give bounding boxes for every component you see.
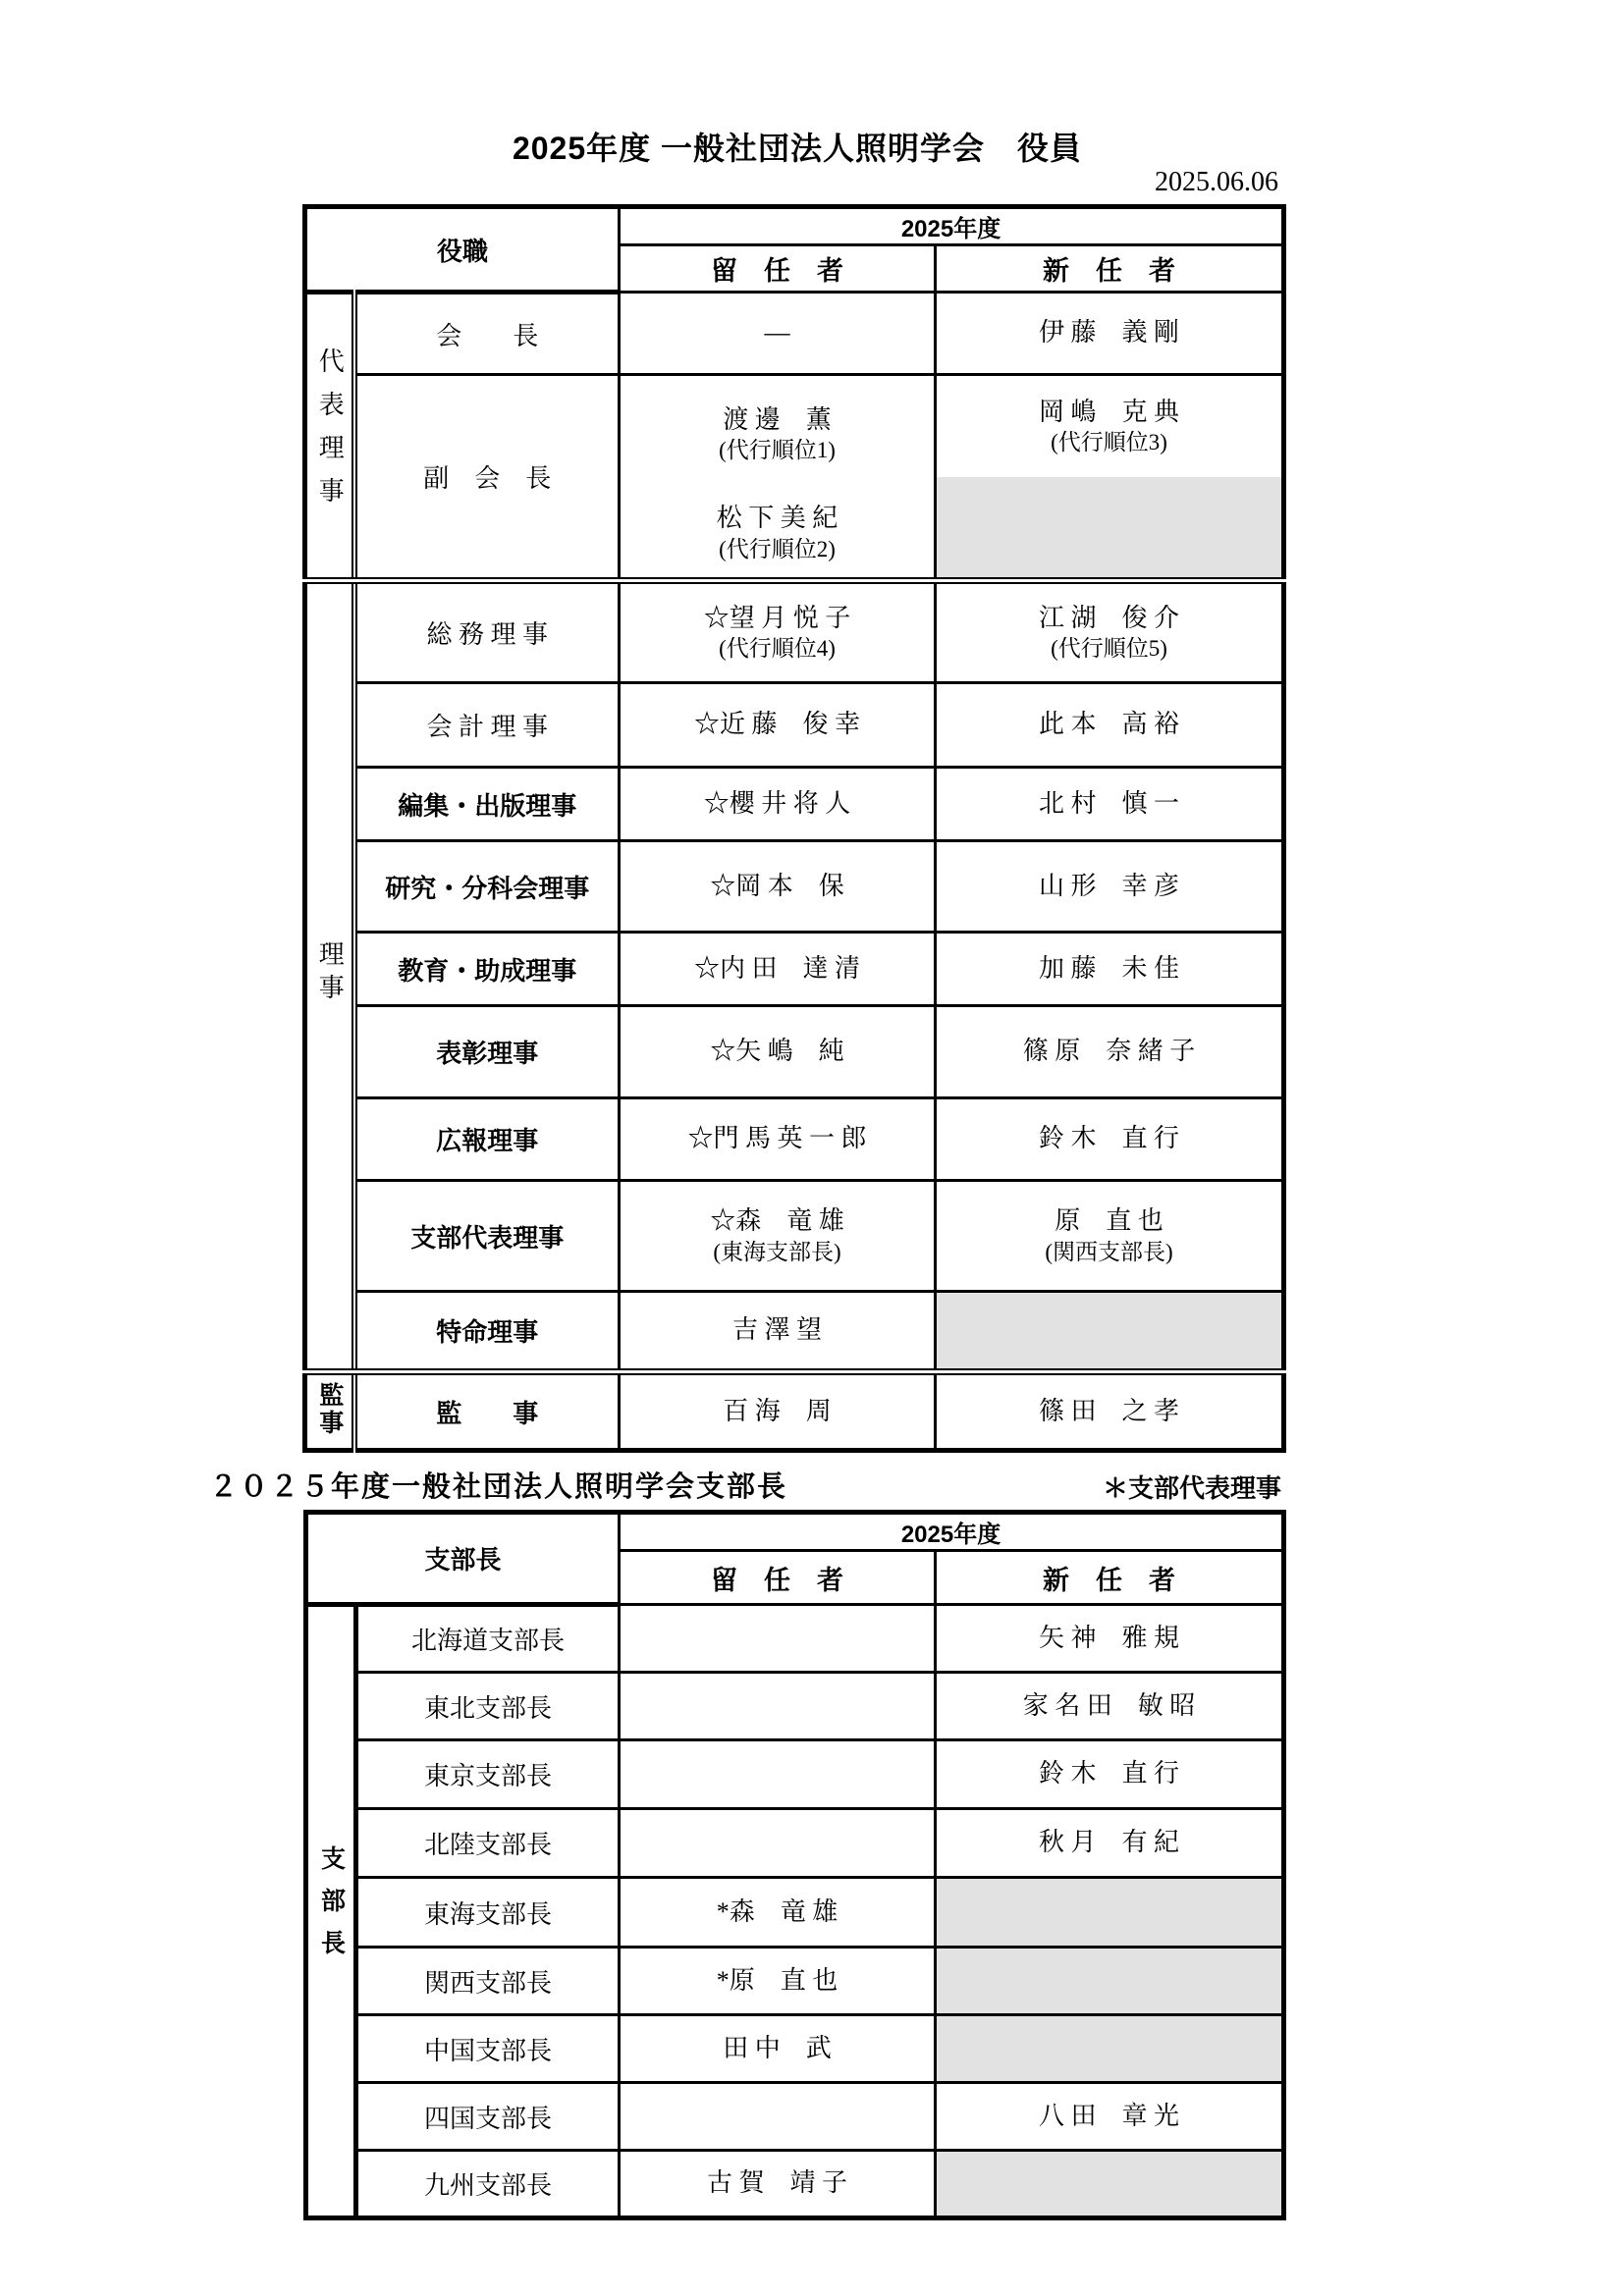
new-name: 北 村 慎 一 (936, 768, 1284, 841)
retained-name: 百 海 周 (620, 1372, 936, 1451)
retained-name: ☆岡 本 保 (620, 841, 936, 933)
retained-name (620, 1673, 936, 1740)
table-row: 東北支部長 家 名 田 敏 昭 (306, 1673, 1284, 1740)
retained-name: ☆望 月 悦 子 (代行順位4) (620, 581, 936, 683)
branch-label: 四国支部長 (356, 2083, 620, 2151)
officers-table: 役職 2025年度 留 任 者 新 任 者 代表理事 会 長 ― 伊 藤 義 剛… (302, 204, 1286, 1453)
retained-name (620, 1605, 936, 1673)
position-label: 研究・分科会理事 (354, 841, 620, 933)
table-row: 関西支部長 *原 直 也 (306, 1948, 1284, 2015)
table-row: 監事 監 事 百 海 周 篠 田 之 孝 (305, 1372, 1284, 1451)
retained-name (620, 2083, 936, 2151)
table-row: 特命理事 吉 澤 望 (305, 1292, 1284, 1372)
position-label: 監 事 (354, 1372, 620, 1451)
retained-name: ☆森 竜 雄 (東海支部長) (620, 1181, 936, 1292)
new-name: 矢 神 雅 規 (936, 1605, 1284, 1673)
new-name: 山 形 幸 彦 (936, 841, 1284, 933)
table-header-row-year: 役職 2025年度 (305, 207, 1284, 245)
doc-date: 2025.06.06 (1155, 167, 1278, 198)
table-row: 九州支部長 古 賀 靖 子 (306, 2151, 1284, 2218)
empty-shaded-cell (937, 477, 1281, 577)
table-row: 代表理事 会 長 ― 伊 藤 義 剛 (305, 293, 1284, 375)
table-row: 北陸支部長 秋 月 有 紀 (306, 1809, 1284, 1878)
new-cell: 岡 嶋 克 典 (代行順位3) (936, 375, 1284, 581)
subtable-title: ２０２５年度一般社団法人照明学会支部長 (209, 1465, 787, 1505)
table-row: 広報理事 ☆門 馬 英 一 郎 鈴 木 直 行 (305, 1098, 1284, 1181)
header-retained: 留 任 者 (620, 245, 936, 293)
retained-name: 田 中 武 (620, 2015, 936, 2083)
retained-name: 松 下 美 紀 (代行順位2) (621, 503, 934, 562)
new-name: 鈴 木 直 行 (936, 1098, 1284, 1181)
new-name: 此 本 高 裕 (936, 683, 1284, 768)
retained-name: *原 直 也 (620, 1948, 936, 2015)
retained-name: ☆近 藤 俊 幸 (620, 683, 936, 768)
position-label: 広報理事 (354, 1098, 620, 1181)
new-name: 加 藤 未 佳 (936, 933, 1284, 1006)
new-name: 家 名 田 敏 昭 (936, 1673, 1284, 1740)
retained-name: 渡 邊 薫 (代行順位1) (621, 404, 934, 464)
retained-name: ☆櫻 井 将 人 (620, 768, 936, 841)
retained-name: *森 竜 雄 (620, 1878, 936, 1948)
header-year: 2025年度 (620, 1513, 1284, 1551)
table-row: 理事 総 務 理 事 ☆望 月 悦 子 (代行順位4) 江 湖 俊 介 (代行順… (305, 581, 1284, 683)
table-row: 支部長 北海道支部長 矢 神 雅 規 (306, 1605, 1284, 1673)
table-row: 支部代表理事 ☆森 竜 雄 (東海支部長) 原 直 也 (関西支部長) (305, 1181, 1284, 1292)
retained-name (620, 1740, 936, 1809)
table-row: 四国支部長 八 田 章 光 (306, 2083, 1284, 2151)
empty-shaded-cell (936, 2015, 1284, 2083)
position-label: 会 長 (354, 293, 620, 375)
table-row: 研究・分科会理事 ☆岡 本 保 山 形 幸 彦 (305, 841, 1284, 933)
group-label-branch-heads: 支部長 (306, 1605, 356, 2218)
table-row: 東京支部長 鈴 木 直 行 (306, 1740, 1284, 1809)
empty-shaded-cell (936, 1878, 1284, 1948)
branch-label: 北海道支部長 (356, 1605, 620, 1673)
table-row: 中国支部長 田 中 武 (306, 2015, 1284, 2083)
table-header-row-year: 支部長 2025年度 (306, 1513, 1284, 1551)
position-label: 編集・出版理事 (354, 768, 620, 841)
retained-name: ☆内 田 達 清 (620, 933, 936, 1006)
retained-name: ― (620, 293, 936, 375)
new-name: 秋 月 有 紀 (936, 1809, 1284, 1878)
new-name: 鈴 木 直 行 (936, 1740, 1284, 1809)
header-new: 新 任 者 (936, 245, 1284, 293)
position-label: 副 会 長 (354, 375, 620, 581)
empty-shaded-cell (936, 1948, 1284, 2015)
header-year: 2025年度 (620, 207, 1284, 245)
header-retained: 留 任 者 (620, 1551, 936, 1605)
page-title: 2025年度 一般社団法人照明学会 役員 (0, 124, 1595, 169)
table-row: 表彰理事 ☆矢 嶋 純 篠 原 奈 緒 子 (305, 1006, 1284, 1098)
table-row: 教育・助成理事 ☆内 田 達 清 加 藤 未 佳 (305, 933, 1284, 1006)
table-row: 編集・出版理事 ☆櫻 井 将 人 北 村 慎 一 (305, 768, 1284, 841)
empty-shaded-cell (936, 1292, 1284, 1372)
table-row: 東海支部長 *森 竜 雄 (306, 1878, 1284, 1948)
branch-label: 東北支部長 (356, 1673, 620, 1740)
header-role: 役職 (305, 207, 620, 293)
header-new: 新 任 者 (936, 1551, 1284, 1605)
new-name: 江 湖 俊 介 (代行順位5) (936, 581, 1284, 683)
header-role: 支部長 (306, 1513, 620, 1605)
retained-name: ☆門 馬 英 一 郎 (620, 1098, 936, 1181)
retained-name: 古 賀 靖 子 (620, 2151, 936, 2218)
branch-heads-table: 支部長 2025年度 留 任 者 新 任 者 支部長 北海道支部長 矢 神 雅 … (303, 1510, 1286, 2220)
table-row: 会 計 理 事 ☆近 藤 俊 幸 此 本 高 裕 (305, 683, 1284, 768)
branch-director-note: ＊支部代表理事 (1103, 1468, 1281, 1505)
position-label: 総 務 理 事 (354, 581, 620, 683)
retained-name: 吉 澤 望 (620, 1292, 936, 1372)
branch-label: 北陸支部長 (356, 1809, 620, 1878)
new-name: 伊 藤 義 剛 (936, 293, 1284, 375)
position-label: 教育・助成理事 (354, 933, 620, 1006)
new-name: 八 田 章 光 (936, 2083, 1284, 2151)
new-name: 原 直 也 (関西支部長) (936, 1181, 1284, 1292)
branch-label: 東京支部長 (356, 1740, 620, 1809)
position-label: 特命理事 (354, 1292, 620, 1372)
branch-label: 九州支部長 (356, 2151, 620, 2218)
retained-name: ☆矢 嶋 純 (620, 1006, 936, 1098)
position-label: 会 計 理 事 (354, 683, 620, 768)
position-label: 表彰理事 (354, 1006, 620, 1098)
branch-label: 中国支部長 (356, 2015, 620, 2083)
position-label: 支部代表理事 (354, 1181, 620, 1292)
document-page: 2025年度 一般社団法人照明学会 役員 2025.06.06 役職 2025年… (0, 0, 1623, 2296)
retained-name (620, 1809, 936, 1878)
group-label-kanji: 監事 (305, 1372, 354, 1451)
table-row: 副 会 長 渡 邊 薫 (代行順位1) 松 下 美 紀 (代行順位2) 岡 (305, 375, 1284, 581)
branch-label: 東海支部長 (356, 1878, 620, 1948)
new-name: 篠 田 之 孝 (936, 1372, 1284, 1451)
branch-label: 関西支部長 (356, 1948, 620, 2015)
empty-shaded-cell (936, 2151, 1284, 2218)
new-name: 岡 嶋 克 典 (代行順位3) (937, 376, 1281, 477)
group-label-riji: 理事 (305, 581, 354, 1372)
group-label-daihyo-riji: 代表理事 (305, 293, 354, 581)
retained-cell: 渡 邊 薫 (代行順位1) 松 下 美 紀 (代行順位2) (620, 375, 936, 581)
new-name: 篠 原 奈 緒 子 (936, 1006, 1284, 1098)
